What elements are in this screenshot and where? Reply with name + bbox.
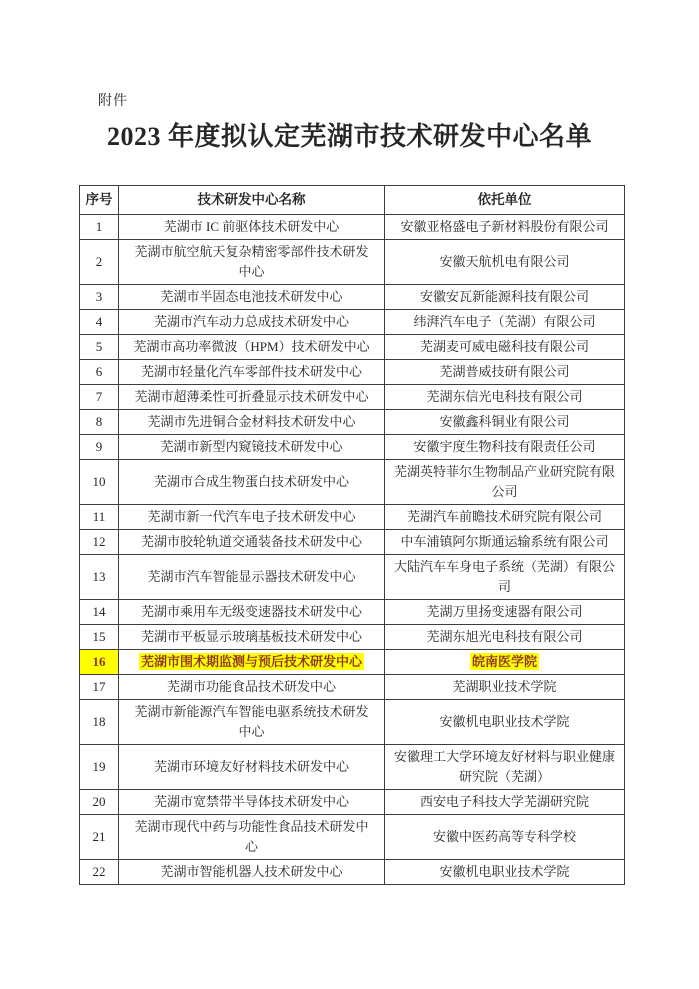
row-center-name: 芜湖市现代中药与功能性食品技术研发中心 (134, 819, 368, 854)
row-serial-number: 15 (93, 629, 106, 644)
row-center-name: 芜湖市平板显示玻璃基板技术研发中心 (141, 629, 362, 644)
table-body: 1 芜湖市 IC 前驱体技术研发中心 安徽亚格盛电子新材料股份有限公司 2 芜湖… (80, 215, 625, 885)
row-supporting-org-cell: 安徽亚格盛电子新材料股份有限公司 (385, 215, 625, 240)
row-supporting-org-cell: 芜湖东信光电科技有限公司 (385, 385, 625, 410)
row-center-name-cell: 芜湖市先进铜合金材料技术研发中心 (119, 410, 385, 435)
row-serial-number: 7 (96, 389, 103, 404)
row-serial-number: 6 (96, 364, 103, 379)
row-supporting-org-cell: 安徽宇度生物科技有限责任公司 (385, 435, 625, 460)
row-supporting-org: 中车浦镇阿尔斯通运输系统有限公司 (400, 534, 608, 549)
row-serial-cell: 2 (80, 240, 119, 285)
row-center-name-cell: 芜湖市现代中药与功能性食品技术研发中心 (119, 815, 385, 860)
row-serial-cell: 16 (80, 650, 119, 675)
row-serial-cell: 12 (80, 530, 119, 555)
row-center-name-cell: 芜湖市宽禁带半导体技术研发中心 (119, 790, 385, 815)
row-serial-number: 14 (93, 604, 106, 619)
header-serial-number: 序号 (80, 186, 119, 215)
row-supporting-org-cell: 安徽天航机电有限公司 (385, 240, 625, 285)
row-serial-cell: 11 (80, 505, 119, 530)
row-center-name: 芜湖市新能源汽车智能电驱系统技术研发中心 (134, 704, 368, 739)
row-supporting-org-cell: 芜湖普威技研有限公司 (385, 360, 625, 385)
row-serial-number: 20 (93, 794, 106, 809)
row-center-name: 芜湖市半固态电池技术研发中心 (160, 289, 342, 304)
row-supporting-org-cell: 西安电子科技大学芜湖研究院 (385, 790, 625, 815)
row-supporting-org: 安徽安瓦新能源科技有限公司 (420, 289, 589, 304)
attachment-label: 附件 (98, 90, 128, 110)
row-serial-cell: 7 (80, 385, 119, 410)
row-center-name-cell: 芜湖市合成生物蛋白技术研发中心 (119, 460, 385, 505)
row-serial-number: 4 (96, 314, 103, 329)
row-serial-cell: 1 (80, 215, 119, 240)
row-serial-number: 1 (96, 219, 103, 234)
row-supporting-org-cell: 安徽中医药高等专科学校 (385, 815, 625, 860)
row-center-name-cell: 芜湖市新型内窥镜技术研发中心 (119, 435, 385, 460)
row-center-name: 芜湖市乘用车无级变速器技术研发中心 (141, 604, 362, 619)
table-row: 2 芜湖市航空航天复杂精密零部件技术研发中心 安徽天航机电有限公司 (80, 240, 625, 285)
row-supporting-org: 芜湖英特菲尔生物制品产业研究院有限公司 (394, 464, 615, 499)
row-center-name: 芜湖市胶轮轨道交通装备技术研发中心 (141, 534, 362, 549)
row-supporting-org: 安徽机电职业技术学院 (439, 714, 569, 729)
header-center-name: 技术研发中心名称 (119, 186, 385, 215)
row-center-name-cell: 芜湖市乘用车无级变速器技术研发中心 (119, 600, 385, 625)
row-center-name: 芜湖市汽车动力总成技术研发中心 (154, 314, 349, 329)
row-supporting-org-cell: 芜湖汽车前瞻技术研究院有限公司 (385, 505, 625, 530)
row-center-name: 芜湖市先进铜合金材料技术研发中心 (147, 414, 355, 429)
row-supporting-org: 大陆汽车车身电子系统（芜湖）有限公司 (394, 559, 615, 594)
row-serial-cell: 19 (80, 745, 119, 790)
row-serial-number: 11 (93, 509, 106, 524)
row-center-name-cell: 芜湖市胶轮轨道交通装备技术研发中心 (119, 530, 385, 555)
row-center-name: 芜湖市高功率微波（HPM）技术研发中心 (133, 339, 369, 354)
table-row: 3 芜湖市半固态电池技术研发中心 安徽安瓦新能源科技有限公司 (80, 285, 625, 310)
row-supporting-org: 芜湖东旭光电科技有限公司 (426, 629, 582, 644)
row-supporting-org-cell: 芜湖职业技术学院 (385, 675, 625, 700)
table-row: 17 芜湖市功能食品技术研发中心 芜湖职业技术学院 (80, 675, 625, 700)
row-center-name: 芜湖市新型内窥镜技术研发中心 (160, 439, 342, 454)
row-center-name: 芜湖市汽车智能显示器技术研发中心 (147, 569, 355, 584)
table-row: 1 芜湖市 IC 前驱体技术研发中心 安徽亚格盛电子新材料股份有限公司 (80, 215, 625, 240)
row-supporting-org: 安徽亚格盛电子新材料股份有限公司 (400, 219, 608, 234)
row-supporting-org: 安徽中医药高等专科学校 (433, 829, 576, 844)
row-serial-cell: 3 (80, 285, 119, 310)
row-serial-number: 2 (96, 254, 103, 269)
row-supporting-org-cell: 大陆汽车车身电子系统（芜湖）有限公司 (385, 555, 625, 600)
row-center-name: 芜湖市 IC 前驱体技术研发中心 (164, 219, 340, 234)
row-serial-number: 12 (93, 534, 106, 549)
row-serial-number: 10 (93, 474, 106, 489)
row-supporting-org-cell: 芜湖麦可威电磁科技有限公司 (385, 335, 625, 360)
row-supporting-org: 芜湖麦可威电磁科技有限公司 (420, 339, 589, 354)
table-row: 5 芜湖市高功率微波（HPM）技术研发中心 芜湖麦可威电磁科技有限公司 (80, 335, 625, 360)
row-supporting-org-cell: 中车浦镇阿尔斯通运输系统有限公司 (385, 530, 625, 555)
document-page: 附件 2023 年度拟认定芜湖市技术研发中心名单 序号 技术研发中心名称 依托单… (0, 0, 699, 989)
row-serial-number: 8 (96, 414, 103, 429)
row-center-name: 芜湖市智能机器人技术研发中心 (160, 864, 342, 879)
row-center-name-cell: 芜湖市围术期监测与预后技术研发中心 (119, 650, 385, 675)
table-row: 6 芜湖市轻量化汽车零部件技术研发中心 芜湖普威技研有限公司 (80, 360, 625, 385)
row-supporting-org-cell: 芜湖英特菲尔生物制品产业研究院有限公司 (385, 460, 625, 505)
row-center-name-cell: 芜湖市新一代汽车电子技术研发中心 (119, 505, 385, 530)
row-serial-number: 21 (93, 829, 106, 844)
row-serial-cell: 13 (80, 555, 119, 600)
row-center-name-cell: 芜湖市汽车智能显示器技术研发中心 (119, 555, 385, 600)
table-row: 22 芜湖市智能机器人技术研发中心 安徽机电职业技术学院 (80, 860, 625, 885)
row-center-name-cell: 芜湖市半固态电池技术研发中心 (119, 285, 385, 310)
row-center-name: 芜湖市合成生物蛋白技术研发中心 (154, 474, 349, 489)
row-center-name-cell: 芜湖市超薄柔性可折叠显示技术研发中心 (119, 385, 385, 410)
row-center-name-cell: 芜湖市功能食品技术研发中心 (119, 675, 385, 700)
row-supporting-org: 芜湖职业技术学院 (452, 679, 556, 694)
row-serial-number: 5 (96, 339, 103, 354)
table-row: 13 芜湖市汽车智能显示器技术研发中心 大陆汽车车身电子系统（芜湖）有限公司 (80, 555, 625, 600)
table-row: 21 芜湖市现代中药与功能性食品技术研发中心 安徽中医药高等专科学校 (80, 815, 625, 860)
row-center-name: 芜湖市围术期监测与预后技术研发中心 (139, 653, 364, 670)
row-center-name-cell: 芜湖市 IC 前驱体技术研发中心 (119, 215, 385, 240)
row-supporting-org: 芜湖普威技研有限公司 (439, 364, 569, 379)
table-row: 11 芜湖市新一代汽车电子技术研发中心 芜湖汽车前瞻技术研究院有限公司 (80, 505, 625, 530)
rd-centers-table: 序号 技术研发中心名称 依托单位 1 芜湖市 IC 前驱体技术研发中心 安徽亚格… (79, 185, 625, 885)
row-center-name: 芜湖市宽禁带半导体技术研发中心 (154, 794, 349, 809)
row-center-name-cell: 芜湖市高功率微波（HPM）技术研发中心 (119, 335, 385, 360)
row-supporting-org-cell: 芜湖万里扬变速器有限公司 (385, 600, 625, 625)
row-center-name: 芜湖市环境友好材料技术研发中心 (154, 759, 349, 774)
page-title: 2023 年度拟认定芜湖市技术研发中心名单 (0, 116, 699, 153)
row-serial-number: 3 (96, 289, 103, 304)
table-row: 8 芜湖市先进铜合金材料技术研发中心 安徽鑫科铜业有限公司 (80, 410, 625, 435)
table-row: 19 芜湖市环境友好材料技术研发中心 安徽理工大学环境友好材料与职业健康研究院（… (80, 745, 625, 790)
row-supporting-org: 安徽鑫科铜业有限公司 (439, 414, 569, 429)
row-supporting-org: 安徽理工大学环境友好材料与职业健康研究院（芜湖） (394, 749, 615, 784)
row-supporting-org: 西安电子科技大学芜湖研究院 (420, 794, 589, 809)
table-row: 15 芜湖市平板显示玻璃基板技术研发中心 芜湖东旭光电科技有限公司 (80, 625, 625, 650)
row-supporting-org-cell: 安徽理工大学环境友好材料与职业健康研究院（芜湖） (385, 745, 625, 790)
row-serial-cell: 8 (80, 410, 119, 435)
table-row: 16 芜湖市围术期监测与预后技术研发中心 皖南医学院 (80, 650, 625, 675)
row-center-name-cell: 芜湖市环境友好材料技术研发中心 (119, 745, 385, 790)
row-serial-cell: 17 (80, 675, 119, 700)
row-serial-cell: 5 (80, 335, 119, 360)
table-row: 7 芜湖市超薄柔性可折叠显示技术研发中心 芜湖东信光电科技有限公司 (80, 385, 625, 410)
row-supporting-org-cell: 安徽机电职业技术学院 (385, 700, 625, 745)
row-serial-number: 18 (93, 714, 106, 729)
row-serial-cell: 14 (80, 600, 119, 625)
row-supporting-org: 芜湖汽车前瞻技术研究院有限公司 (407, 509, 602, 524)
row-serial-cell: 22 (80, 860, 119, 885)
row-center-name-cell: 芜湖市平板显示玻璃基板技术研发中心 (119, 625, 385, 650)
table-row: 4 芜湖市汽车动力总成技术研发中心 纬湃汽车电子（芜湖）有限公司 (80, 310, 625, 335)
row-serial-number: 16 (93, 654, 106, 669)
row-serial-number: 19 (93, 759, 106, 774)
row-serial-cell: 9 (80, 435, 119, 460)
row-center-name: 芜湖市超薄柔性可折叠显示技术研发中心 (134, 389, 368, 404)
table-header-row: 序号 技术研发中心名称 依托单位 (80, 186, 625, 215)
row-center-name-cell: 芜湖市新能源汽车智能电驱系统技术研发中心 (119, 700, 385, 745)
row-supporting-org-cell: 芜湖东旭光电科技有限公司 (385, 625, 625, 650)
row-center-name: 芜湖市航空航天复杂精密零部件技术研发中心 (134, 244, 368, 279)
row-serial-number: 9 (96, 439, 103, 454)
row-center-name: 芜湖市新一代汽车电子技术研发中心 (147, 509, 355, 524)
row-supporting-org-cell: 皖南医学院 (385, 650, 625, 675)
header-supporting-org: 依托单位 (385, 186, 625, 215)
row-center-name-cell: 芜湖市汽车动力总成技术研发中心 (119, 310, 385, 335)
row-center-name: 芜湖市轻量化汽车零部件技术研发中心 (141, 364, 362, 379)
row-center-name-cell: 芜湖市航空航天复杂精密零部件技术研发中心 (119, 240, 385, 285)
row-center-name-cell: 芜湖市轻量化汽车零部件技术研发中心 (119, 360, 385, 385)
table-row: 14 芜湖市乘用车无级变速器技术研发中心 芜湖万里扬变速器有限公司 (80, 600, 625, 625)
row-serial-number: 13 (93, 569, 106, 584)
row-serial-cell: 4 (80, 310, 119, 335)
row-supporting-org-cell: 安徽机电职业技术学院 (385, 860, 625, 885)
row-serial-number: 17 (93, 679, 106, 694)
row-serial-cell: 10 (80, 460, 119, 505)
row-serial-cell: 15 (80, 625, 119, 650)
row-supporting-org: 皖南医学院 (470, 653, 539, 670)
table-row: 12 芜湖市胶轮轨道交通装备技术研发中心 中车浦镇阿尔斯通运输系统有限公司 (80, 530, 625, 555)
row-serial-cell: 20 (80, 790, 119, 815)
table-row: 18 芜湖市新能源汽车智能电驱系统技术研发中心 安徽机电职业技术学院 (80, 700, 625, 745)
row-supporting-org: 芜湖万里扬变速器有限公司 (426, 604, 582, 619)
row-serial-number: 22 (93, 864, 106, 879)
row-center-name-cell: 芜湖市智能机器人技术研发中心 (119, 860, 385, 885)
row-supporting-org-cell: 安徽鑫科铜业有限公司 (385, 410, 625, 435)
row-supporting-org-cell: 纬湃汽车电子（芜湖）有限公司 (385, 310, 625, 335)
row-supporting-org-cell: 安徽安瓦新能源科技有限公司 (385, 285, 625, 310)
row-serial-cell: 6 (80, 360, 119, 385)
row-serial-cell: 21 (80, 815, 119, 860)
row-supporting-org: 安徽宇度生物科技有限责任公司 (413, 439, 595, 454)
row-center-name: 芜湖市功能食品技术研发中心 (167, 679, 336, 694)
table-row: 9 芜湖市新型内窥镜技术研发中心 安徽宇度生物科技有限责任公司 (80, 435, 625, 460)
row-supporting-org: 纬湃汽车电子（芜湖）有限公司 (413, 314, 595, 329)
row-supporting-org: 安徽天航机电有限公司 (439, 254, 569, 269)
table-row: 10 芜湖市合成生物蛋白技术研发中心 芜湖英特菲尔生物制品产业研究院有限公司 (80, 460, 625, 505)
table-row: 20 芜湖市宽禁带半导体技术研发中心 西安电子科技大学芜湖研究院 (80, 790, 625, 815)
row-supporting-org: 芜湖东信光电科技有限公司 (426, 389, 582, 404)
row-serial-cell: 18 (80, 700, 119, 745)
row-supporting-org: 安徽机电职业技术学院 (439, 864, 569, 879)
